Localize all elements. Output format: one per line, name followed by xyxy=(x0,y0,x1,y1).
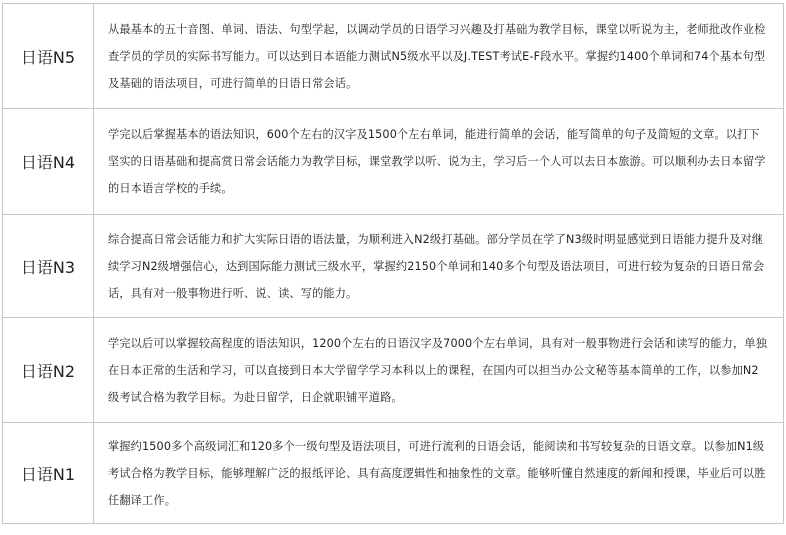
level-description: 学完以后掌握基本的语法知识，600个左右的汉字及1500个左右单词，能进行简单的… xyxy=(94,109,784,215)
table-row-n2: 日语N2 学完以后可以掌握较高程度的语法知识，1200个左右的日语汉字及7000… xyxy=(3,318,784,423)
table-row-n4: 日语N4 学完以后掌握基本的语法知识，600个左右的汉字及1500个左右单词，能… xyxy=(3,109,784,215)
level-label: 日语N2 xyxy=(3,318,94,423)
level-description: 学完以后可以掌握较高程度的语法知识，1200个左右的日语汉字及7000个左右单词… xyxy=(94,318,784,423)
table-row-n1: 日语N1 掌握约1500多个高级词汇和120多个一级句型及语法项目，可进行流利的… xyxy=(3,423,784,524)
level-description: 从最基本的五十音图、单词、语法、句型学起，以调动学员的日语学习兴趣及打基础为教学… xyxy=(94,4,784,109)
table-row-n3: 日语N3 综合提高日常会话能力和扩大实际日语的语法量，为顺利进入N2级打基础。部… xyxy=(3,215,784,318)
level-description: 掌握约1500多个高级词汇和120多个一级句型及语法项目，可进行流利的日语会话，… xyxy=(94,423,784,524)
table-row-n5: 日语N5 从最基本的五十音图、单词、语法、句型学起，以调动学员的日语学习兴趣及打… xyxy=(3,4,784,109)
level-label: 日语N1 xyxy=(3,423,94,524)
level-label: 日语N4 xyxy=(3,109,94,215)
japanese-level-table: 日语N5 从最基本的五十音图、单词、语法、句型学起，以调动学员的日语学习兴趣及打… xyxy=(2,3,784,524)
level-label: 日语N3 xyxy=(3,215,94,318)
level-description: 综合提高日常会话能力和扩大实际日语的语法量，为顺利进入N2级打基础。部分学员在学… xyxy=(94,215,784,318)
level-label: 日语N5 xyxy=(3,4,94,109)
